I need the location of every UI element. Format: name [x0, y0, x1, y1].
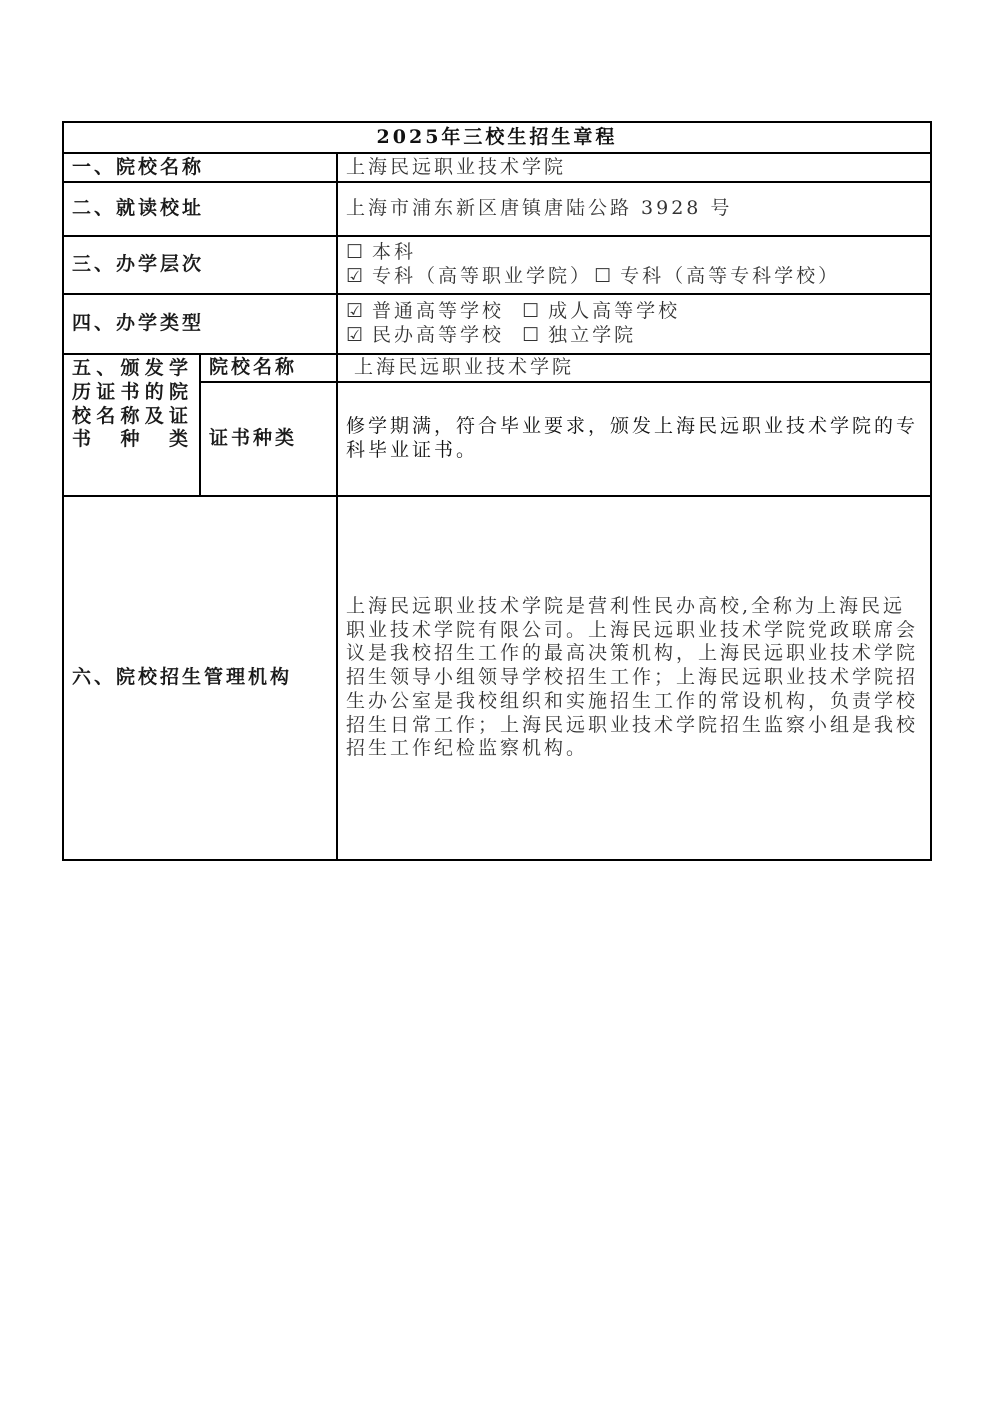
admission-charter-table: 2025年三校生招生章程 一、院校名称 上海民远职业技术学院 二、就读校址 上海…	[62, 121, 932, 861]
title-row: 2025年三校生招生章程	[63, 122, 931, 153]
type-label: 四、办学类型	[63, 294, 337, 354]
level-option-line-1: ☐本科	[346, 241, 922, 265]
address-label: 二、就读校址	[63, 182, 337, 236]
level-option-undergraduate: 本科	[372, 241, 416, 263]
checkbox-unchecked-icon: ☐	[594, 265, 614, 289]
checkbox-unchecked-icon: ☐	[522, 324, 542, 348]
table-row-type: 四、办学类型 ☑普通高等学校☐成人高等学校 ☑民办高等学校☐独立学院	[63, 294, 931, 354]
document-title: 2025年三校生招生章程	[63, 122, 931, 153]
table-row-level: 三、办学层次 ☐本科 ☑专科（高等职业学院）☐专科（高等专科学校）	[63, 236, 931, 294]
level-options: ☐本科 ☑专科（高等职业学院）☐专科（高等专科学校）	[337, 236, 931, 294]
checkbox-unchecked-icon: ☐	[522, 300, 542, 324]
type-option-private: 民办高等学校	[372, 324, 504, 346]
certificate-label: 五、颁发学历证书的院校名称及证书种类	[63, 354, 200, 496]
certificate-kind-value: 修学期满，符合毕业要求，颁发上海民远职业技术学院的专科毕业证书。	[337, 382, 931, 496]
type-option-regular: 普通高等学校	[372, 300, 504, 322]
type-option-line-2: ☑民办高等学校☐独立学院	[346, 324, 922, 348]
type-options: ☑普通高等学校☐成人高等学校 ☑民办高等学校☐独立学院	[337, 294, 931, 354]
issuer-label: 院校名称	[200, 354, 337, 382]
document-page: 2025年三校生招生章程 一、院校名称 上海民远职业技术学院 二、就读校址 上海…	[62, 121, 930, 861]
school-name-value: 上海民远职业技术学院	[337, 153, 931, 182]
level-option-line-2: ☑专科（高等职业学院）☐专科（高等专科学校）	[346, 265, 922, 289]
table-row-address: 二、就读校址 上海市浦东新区唐镇唐陆公路 3928 号	[63, 182, 931, 236]
level-option-junior-college: 专科（高等专科学校）	[620, 265, 840, 287]
checkbox-checked-icon: ☑	[346, 300, 366, 324]
school-name-label: 一、院校名称	[63, 153, 337, 182]
type-option-adult: 成人高等学校	[548, 300, 680, 322]
address-value: 上海市浦东新区唐镇唐陆公路 3928 号	[337, 182, 931, 236]
type-option-line-1: ☑普通高等学校☐成人高等学校	[346, 300, 922, 324]
issuer-value: 上海民远职业技术学院	[337, 354, 931, 382]
checkbox-checked-icon: ☑	[346, 324, 366, 348]
table-row-school-name: 一、院校名称 上海民远职业技术学院	[63, 153, 931, 182]
management-label: 六、院校招生管理机构	[63, 496, 337, 860]
level-label: 三、办学层次	[63, 236, 337, 294]
table-row-certificate-issuer: 五、颁发学历证书的院校名称及证书种类 院校名称 上海民远职业技术学院	[63, 354, 931, 382]
type-option-independent: 独立学院	[548, 324, 636, 346]
table-row-management: 六、院校招生管理机构 上海民远职业技术学院是营利性民办高校,全称为上海民远职业技…	[63, 496, 931, 860]
checkbox-unchecked-icon: ☐	[346, 241, 366, 265]
level-option-vocational-college: 专科（高等职业学院）	[372, 265, 592, 287]
management-text: 上海民远职业技术学院是营利性民办高校,全称为上海民远职业技术学院有限公司。上海民…	[337, 496, 931, 860]
checkbox-checked-icon: ☑	[346, 265, 366, 289]
certificate-kind-label: 证书种类	[200, 382, 337, 496]
